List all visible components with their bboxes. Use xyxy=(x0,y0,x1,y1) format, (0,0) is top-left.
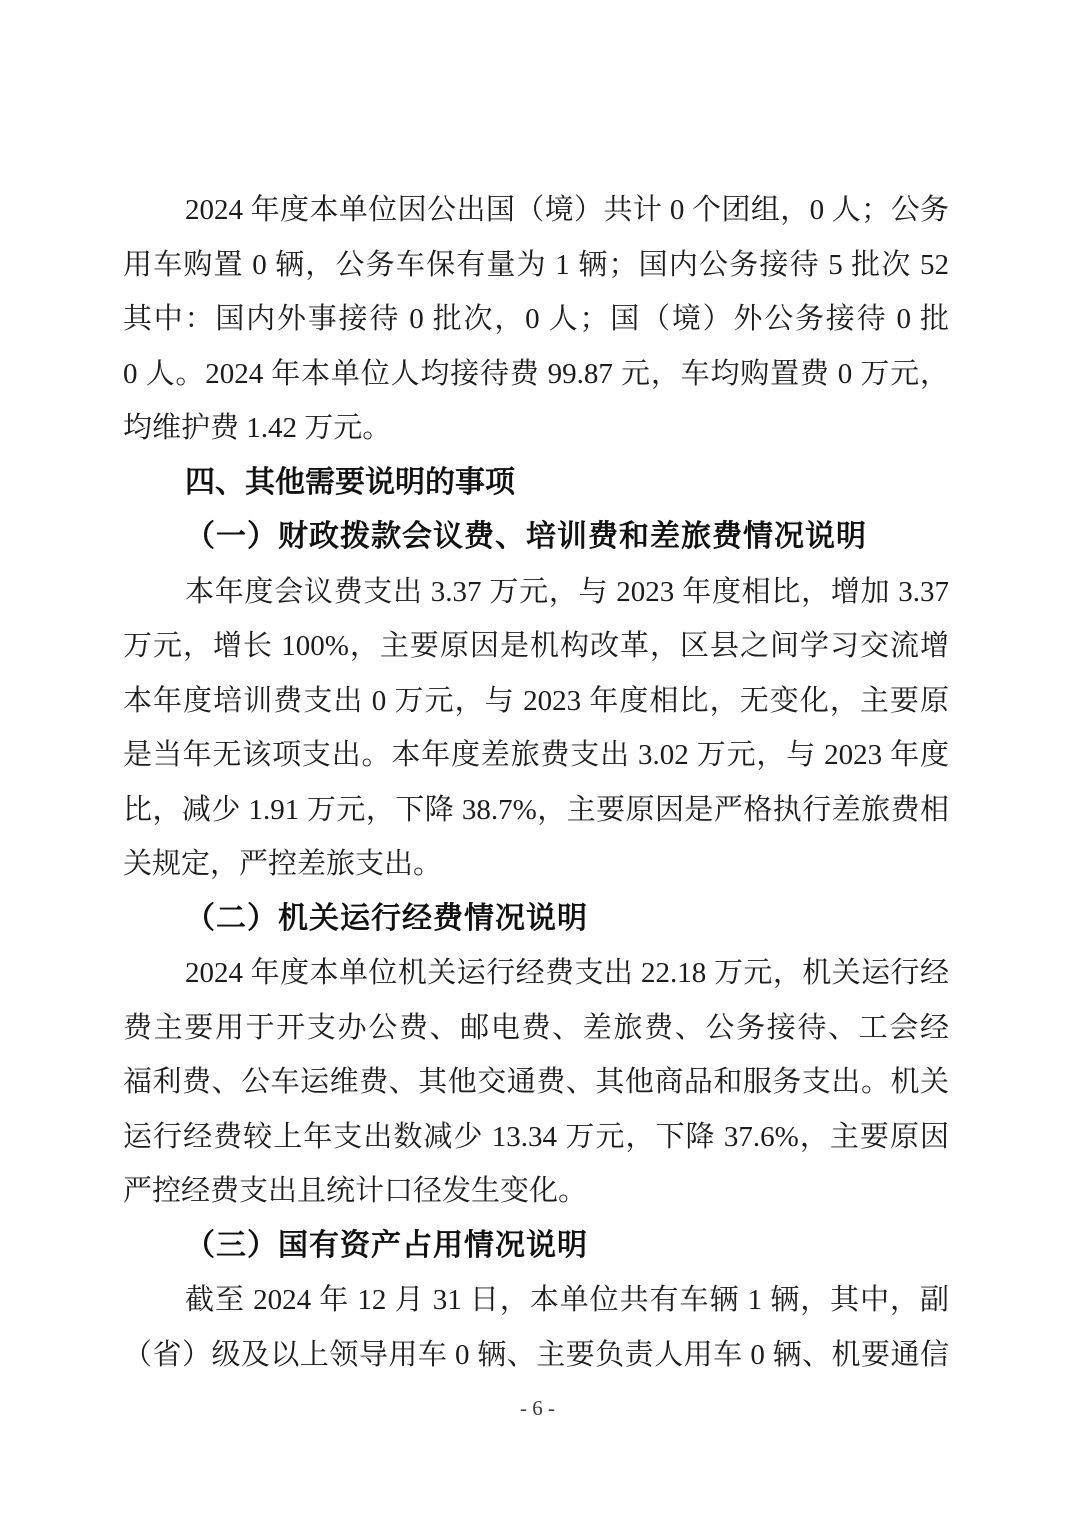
page-number: - 6 - xyxy=(0,1396,1075,1421)
paragraph-line: 关规定，严控差旅支出。 xyxy=(123,837,949,892)
paragraph-line: 福利费、公车运维费、其他交通费、其他商品和服务支出。机关 xyxy=(123,1055,949,1110)
paragraph-line: 截至 2024 年 12 月 31 日，本单位共有车辆 1 辆，其中，副部 xyxy=(123,1273,949,1328)
paragraph-line: 0 人。2024 年本单位人均接待费 99.87 元，车均购置费 0 万元，车 xyxy=(123,347,949,402)
paragraph-line: 比，减少 1.91 万元，下降 38.7%，主要原因是严格执行差旅费相 xyxy=(123,783,949,838)
document-page: 2024 年度本单位因公出国（境）共计 0 个团组，0 人；公务 用车购置 0 … xyxy=(0,0,1075,1520)
paragraph-line: 费主要用于开支办公费、邮电费、差旅费、公务接待、工会经费、 xyxy=(123,1001,949,1056)
subsection-title: （二）机关运行经费情况说明 xyxy=(123,892,949,947)
paragraph-line: 严控经费支出且统计口径发生变化。 xyxy=(123,1164,949,1219)
section-heading: 四、其他需要说明的事项 xyxy=(123,456,949,511)
paragraph-line: （省）级及以上领导用车 0 辆、主要负责人用车 0 辆、机要通信 xyxy=(123,1328,949,1383)
paragraph-line: 其中：国内外事接待 0 批次，0 人；国（境）外公务接待 0 批次， xyxy=(123,292,949,347)
paragraph-line: 运行经费较上年支出数减少 13.34 万元，下降 37.6%，主要原因是 xyxy=(123,1110,949,1165)
paragraph-line: 2024 年度本单位机关运行经费支出 22.18 万元，机关运行经 xyxy=(123,946,949,1001)
paragraph-line: 是当年无该项支出。本年度差旅费支出 3.02 万元，与 2023 年度相 xyxy=(123,728,949,783)
paragraph-line: 本年度培训费支出 0 万元，与 2023 年度相比，无变化，主要原因 xyxy=(123,674,949,729)
paragraph-line: 2024 年度本单位因公出国（境）共计 0 个团组，0 人；公务 xyxy=(123,183,949,238)
subsection-title: （三）国有资产占用情况说明 xyxy=(123,1219,949,1274)
paragraph-line: 用车购置 0 辆，公务车保有量为 1 辆；国内公务接待 5 批次 52 人， xyxy=(123,238,949,293)
subsection-title: （一）财政拨款会议费、培训费和差旅费情况说明 xyxy=(123,510,949,565)
paragraph-line: 均维护费 1.42 万元。 xyxy=(123,401,949,456)
document-body: 2024 年度本单位因公出国（境）共计 0 个团组，0 人；公务 用车购置 0 … xyxy=(123,183,949,1382)
paragraph-line: 万元，增长 100%，主要原因是机构改革，区县之间学习交流增加。 xyxy=(123,619,949,674)
paragraph-line: 本年度会议费支出 3.37 万元，与 2023 年度相比，增加 3.37 xyxy=(123,565,949,620)
